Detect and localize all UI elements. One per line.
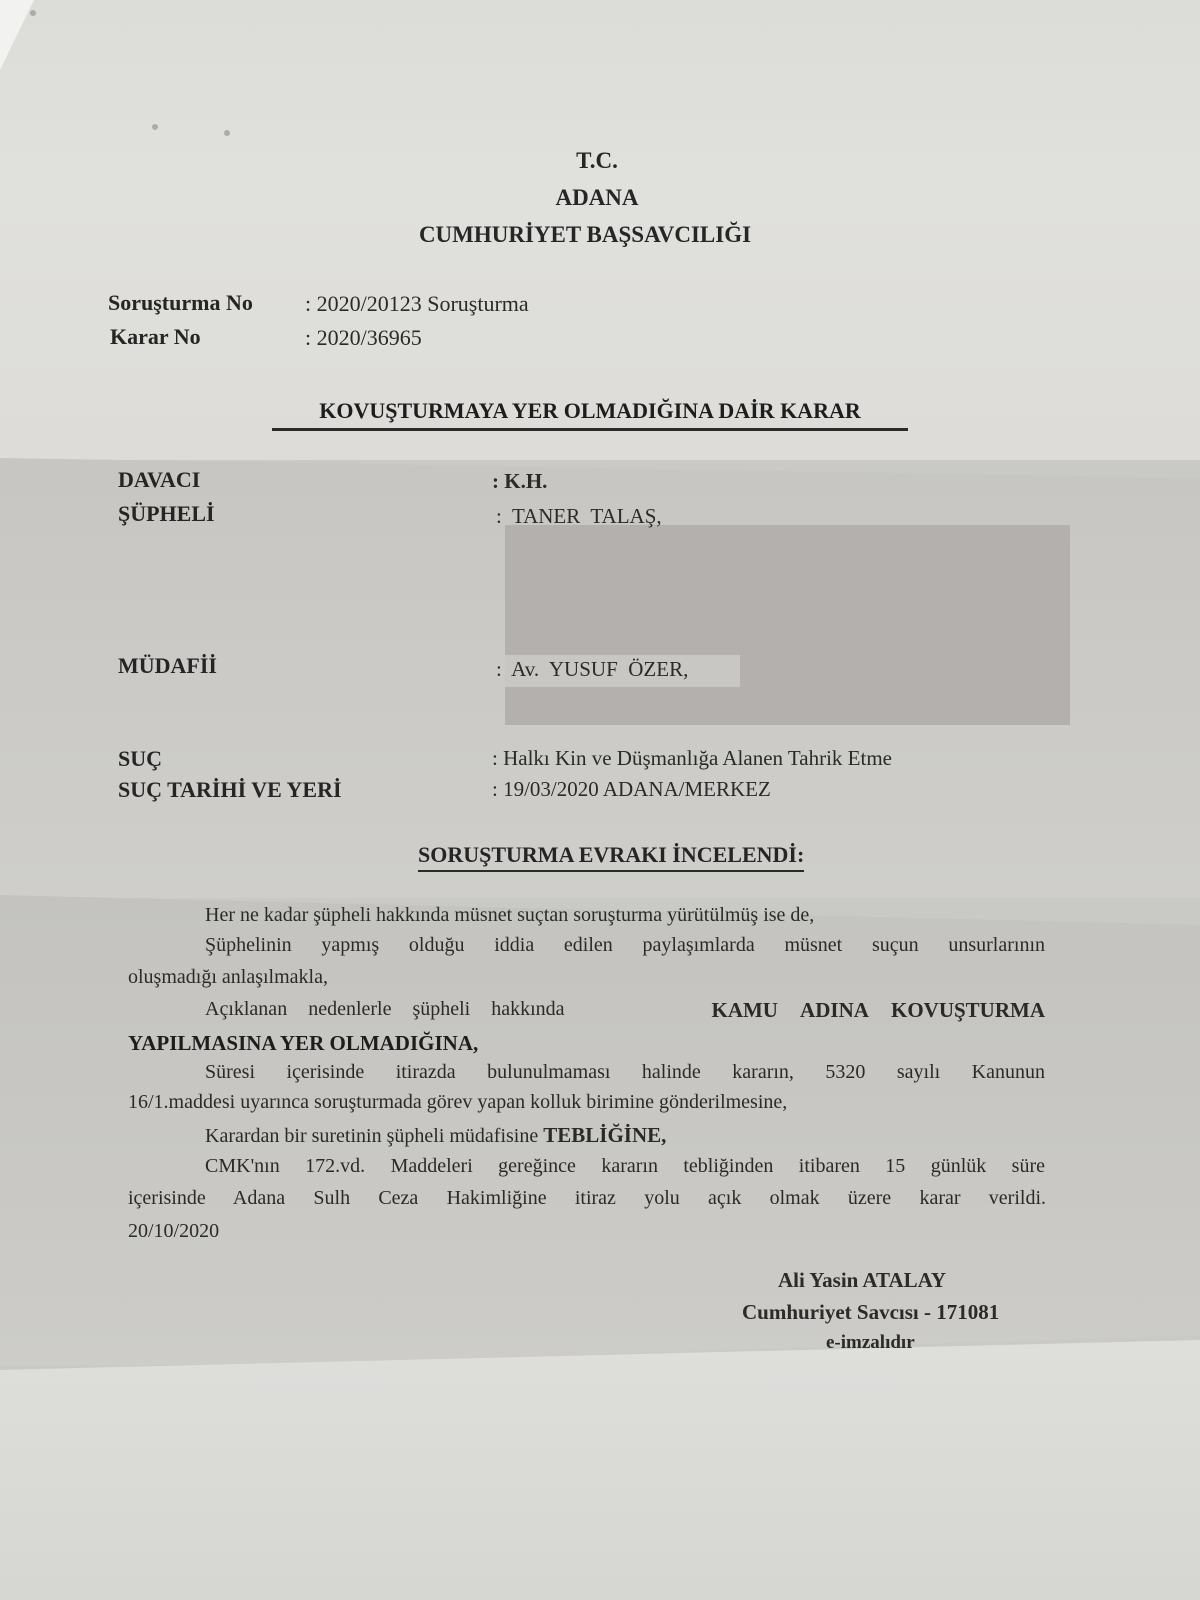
paper-mark — [152, 124, 158, 130]
redacted-block — [505, 525, 1070, 725]
e-signature-note: e-imzalıdır — [826, 1332, 915, 1354]
body-paragraph-4-line-2: 16/1.maddesi uyarınca soruşturmada görev… — [128, 1091, 787, 1114]
paper-bottom-panel — [0, 1340, 1200, 1600]
body-paragraph-5: Karardan bir suretinin şüpheli müdafisin… — [205, 1123, 666, 1148]
investigation-no-label: Soruşturma No — [108, 290, 253, 316]
document-title: KOVUŞTURMAYA YER OLMADIĞINA DAİR KARAR — [272, 398, 908, 431]
party-value-crime-date-place: : 19/03/2020 ADANA/MERKEZ — [492, 777, 771, 802]
header-office: CUMHURİYET BAŞSAVCILIĞI — [419, 222, 751, 247]
party-label-counsel: MÜDAFİİ — [118, 653, 217, 679]
party-value-suspect: : TANER TALAŞ, — [496, 504, 662, 529]
body-paragraph-3-line-1: Açıklanan nedenlerle şüpheli hakkında KA… — [205, 998, 1045, 1023]
decision-date: 20/10/2020 — [128, 1220, 219, 1243]
decision-emphasis: KAMU ADINA KOVUŞTURMA — [711, 998, 1045, 1023]
paper-mark — [224, 130, 230, 136]
prosecutor-name: Ali Yasin ATALAY — [778, 1268, 946, 1293]
party-value-counsel: : Av. YUSUF ÖZER, — [496, 657, 688, 682]
section-title: SORUŞTURMA EVRAKI İNCELENDİ: — [418, 842, 804, 872]
body-paragraph-2-line-2: oluşmadığı anlaşılmakla, — [128, 966, 328, 989]
party-label-crime: SUÇ — [118, 746, 162, 772]
body-paragraph-2-line-1: Şüphelinin yapmış olduğu iddia edilen pa… — [205, 934, 1045, 957]
party-label-suspect: ŞÜPHELİ — [118, 501, 215, 527]
party-value-crime: : Halkı Kin ve Düşmanlığa Alanen Tahrik … — [492, 746, 892, 771]
decision-reason-text: Açıklanan nedenlerle şüpheli hakkında — [205, 998, 565, 1023]
party-value-plaintiff: : K.H. — [492, 469, 547, 494]
notification-text: Karardan bir suretinin şüpheli müdafisin… — [205, 1125, 538, 1147]
body-paragraph-4-line-1: Süresi içerisinde itirazda bulunulmaması… — [205, 1061, 1045, 1084]
decision-no-label: Karar No — [110, 324, 201, 350]
header-city: ADANA — [555, 185, 638, 210]
party-label-plaintiff: DAVACI — [118, 467, 200, 493]
body-paragraph-1: Her ne kadar şüpheli hakkında müsnet suç… — [205, 904, 814, 927]
body-paragraph-6-line-1: CMK'nın 172.vd. Maddeleri gereğince kara… — [205, 1155, 1045, 1178]
prosecutor-title: Cumhuriyet Savcısı - 171081 — [742, 1300, 999, 1325]
body-paragraph-6-line-2: içerisinde Adana Sulh Ceza Hakimliğine i… — [128, 1187, 1046, 1210]
paper-mark — [30, 10, 36, 16]
party-label-crime-date-place: SUÇ TARİHİ VE YERİ — [118, 777, 342, 803]
header-tc: T.C. — [576, 148, 618, 173]
decision-emphasis-cont: YAPILMASINA YER OLMADIĞINA, — [128, 1031, 478, 1056]
notification-emphasis: TEBLİĞİNE, — [543, 1123, 666, 1147]
decision-no-value: : 2020/36965 — [305, 325, 422, 351]
investigation-no-value: : 2020/20123 Soruşturma — [305, 291, 529, 317]
